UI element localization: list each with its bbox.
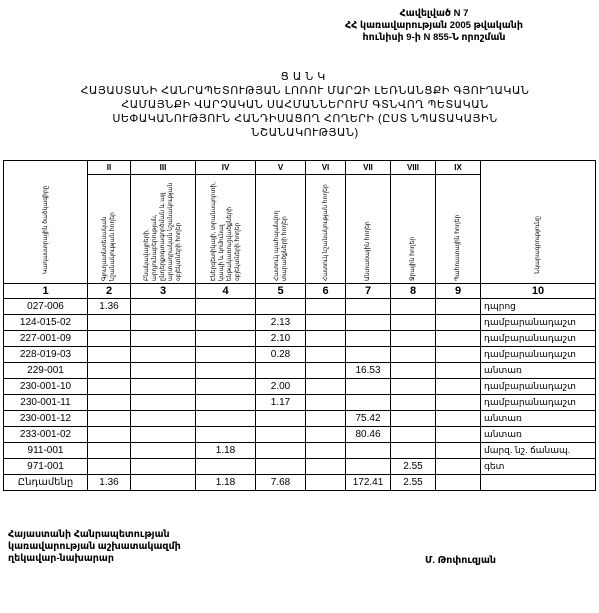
column-number: 7 (346, 284, 391, 299)
table-row: 230-001-111.17դամբարանադաշտ (4, 395, 596, 411)
area-cell: 2.10 (256, 331, 306, 347)
column-header: Անտառային հողեր (346, 175, 391, 284)
area-cell (196, 411, 256, 427)
total-cell (481, 475, 596, 491)
area-cell (391, 443, 436, 459)
area-cell (88, 459, 131, 475)
area-cell (196, 427, 256, 443)
cadastral-code: 233-001-02 (4, 427, 88, 443)
area-cell (88, 315, 131, 331)
total-cell (436, 475, 481, 491)
column-number: 6 (306, 284, 346, 299)
roman-numeral: VIII (391, 161, 436, 175)
area-cell (346, 315, 391, 331)
area-cell (196, 363, 256, 379)
area-cell (346, 459, 391, 475)
area-cell (391, 347, 436, 363)
area-cell (256, 443, 306, 459)
signatory-name: Մ. Թոփուզյան (425, 555, 496, 566)
column-header-label: Գյուղատնտեսական նշանակության հողեր (101, 177, 117, 281)
total-cell: 1.36 (88, 475, 131, 491)
column-number: 3 (131, 284, 196, 299)
column-number: 4 (196, 284, 256, 299)
area-cell (306, 411, 346, 427)
description-cell: դամբարանադաշտ (481, 347, 596, 363)
title-line: ՍԵՓԱԿԱՆՈՒԹՅՈՒՆ ՀԱՆԴԻՍԱՑՈՂ ՀՈՂԵՐԻ (ԸՍՏ ՆՊ… (70, 112, 540, 126)
area-cell (256, 459, 306, 475)
area-cell: 80.46 (346, 427, 391, 443)
column-number: 5 (256, 284, 306, 299)
column-header-label: Հատուկ նշանակության հողեր (322, 177, 330, 281)
title-heading: ՑԱՆԿ (70, 70, 540, 84)
table-row: 233-001-0280.46անտառ (4, 427, 596, 443)
cadastral-code: 227-001-09 (4, 331, 88, 347)
cadastral-code: 230-001-11 (4, 395, 88, 411)
area-cell (88, 411, 131, 427)
column-header: Հատուկ նշանակության հողեր (306, 175, 346, 284)
area-cell (391, 379, 436, 395)
area-cell (436, 315, 481, 331)
area-cell (196, 299, 256, 315)
table-row: 229-00116.53անտառ (4, 363, 596, 379)
totals-label: Ընդամենը (4, 475, 88, 491)
cadastral-code: 911-001 (4, 443, 88, 459)
column-header: Կադաստրային ծածկագիրը (4, 161, 88, 284)
column-header-label: Հատուկ պահպանվող տարածքների հողեր (273, 177, 289, 281)
area-cell (131, 331, 196, 347)
area-cell: 1.36 (88, 299, 131, 315)
area-cell (391, 427, 436, 443)
area-cell (436, 427, 481, 443)
area-cell (196, 331, 256, 347)
signatory-line: Հայաստանի Հանրապետության (8, 529, 181, 541)
total-cell: 7.68 (256, 475, 306, 491)
roman-numeral: IX (436, 161, 481, 175)
cadastral-code: 229-001 (4, 363, 88, 379)
area-cell (391, 299, 436, 315)
totals-row: Ընդամենը1.361.187.68172.412.55 (4, 475, 596, 491)
area-cell (88, 379, 131, 395)
column-header-label: Ջրային հողեր (409, 177, 417, 281)
column-number: 8 (391, 284, 436, 299)
column-number-row: 12345678910 (4, 284, 596, 299)
column-number: 2 (88, 284, 131, 299)
area-cell (391, 395, 436, 411)
column-header: Բնակավայրերի, արդյունաբերության, ընդերքօ… (131, 175, 196, 284)
roman-header-row: Կադաստրային ծածկագիրըIIIIIIVVVIVIIVIIIIX… (4, 161, 596, 175)
document-title: ՑԱՆԿ ՀԱՅԱՍՏԱՆԻ ՀԱՆՐԱՊԵՏՈՒԹՅԱՆ ԼՈՌՈՒ ՄԱՐԶ… (70, 70, 540, 140)
column-number: 9 (436, 284, 481, 299)
column-header-label: Պահուստային հողեր (454, 177, 462, 281)
area-cell (88, 395, 131, 411)
area-cell (88, 331, 131, 347)
area-cell (346, 331, 391, 347)
area-cell (131, 459, 196, 475)
area-cell (436, 379, 481, 395)
total-cell (306, 475, 346, 491)
area-cell (306, 315, 346, 331)
area-cell (436, 331, 481, 347)
area-cell: 1.18 (196, 443, 256, 459)
title-line: ՀԱՄԱՅՆՔԻ ՎԱՐՉԱԿԱՆ ՍԱՀՄԱՆՆԵՐՈՒՄ ԳՏՆՎՈՂ ՊԵ… (70, 98, 540, 112)
area-cell (346, 299, 391, 315)
area-cell (306, 427, 346, 443)
annex-line: Հավելված N 7 (319, 8, 549, 20)
description-cell: դամբարանադաշտ (481, 331, 596, 347)
column-header: Էներգետիկայի, տրանսպորտի, կապի և կոմունա… (196, 175, 256, 284)
signatory-title: Հայաստանի Հանրապետության կառավարության ա… (8, 529, 181, 565)
area-cell (346, 379, 391, 395)
area-cell (391, 331, 436, 347)
area-cell (306, 459, 346, 475)
table-row: 911-0011.18մարզ. նշ. ճանապ. (4, 443, 596, 459)
description-cell: անտառ (481, 411, 596, 427)
area-cell: 0.28 (256, 347, 306, 363)
column-header-label: Նկարագրությունը (534, 170, 542, 274)
table-row: 228-019-030.28դամբարանադաշտ (4, 347, 596, 363)
area-cell (436, 395, 481, 411)
area-cell (306, 379, 346, 395)
area-cell (346, 443, 391, 459)
area-cell (131, 395, 196, 411)
area-cell (88, 347, 131, 363)
area-cell (436, 363, 481, 379)
area-cell (391, 363, 436, 379)
column-header-label: Անտառային հողեր (364, 177, 372, 281)
column-header: Պահուստային հողեր (436, 175, 481, 284)
area-cell (88, 363, 131, 379)
area-cell: 75.42 (346, 411, 391, 427)
title-line: ՆՇԱՆԱԿՈՒԹՅԱՆ) (70, 126, 540, 140)
roman-numeral: VII (346, 161, 391, 175)
column-header-label: Էներգետիկայի, տրանսպորտի, կապի և կոմունա… (210, 177, 242, 281)
area-cell (256, 427, 306, 443)
area-cell (436, 347, 481, 363)
column-number: 10 (481, 284, 596, 299)
total-cell: 172.41 (346, 475, 391, 491)
signatory-line: ղեկավար-նախարար (8, 553, 181, 565)
area-cell (256, 363, 306, 379)
annex-line: ՀՀ կառավարության 2005 թվականի (319, 20, 549, 32)
area-cell: 2.00 (256, 379, 306, 395)
total-cell: 2.55 (391, 475, 436, 491)
area-cell (131, 315, 196, 331)
area-cell (391, 411, 436, 427)
description-cell: գետ (481, 459, 596, 475)
cadastral-code: 124-015-02 (4, 315, 88, 331)
cadastral-code: 230-001-12 (4, 411, 88, 427)
area-cell (196, 315, 256, 331)
column-header-label: Կադաստրային ծածկագիրը (42, 170, 50, 274)
area-cell (306, 363, 346, 379)
annex-line: հունիսի 9-ի N 855-Ն որոշման (319, 32, 549, 44)
cadastral-code: 971-001 (4, 459, 88, 475)
area-cell (306, 331, 346, 347)
area-cell (346, 347, 391, 363)
column-header: Նկարագրությունը (481, 161, 596, 284)
signatory-line: կառավարության աշխատակազմի (8, 541, 181, 553)
area-cell (131, 347, 196, 363)
table-row: 027-0061.36դպրոց (4, 299, 596, 315)
area-cell (391, 315, 436, 331)
area-cell (436, 411, 481, 427)
table-row: 227-001-092.10դամբարանադաշտ (4, 331, 596, 347)
area-cell: 2.55 (391, 459, 436, 475)
description-cell: դամբարանադաշտ (481, 379, 596, 395)
column-header: Հատուկ պահպանվող տարածքների հողեր (256, 175, 306, 284)
description-cell: դամբարանադաշտ (481, 315, 596, 331)
area-cell (306, 299, 346, 315)
table-row: 124-015-022.13դամբարանադաշտ (4, 315, 596, 331)
column-header-label: Բնակավայրերի, արդյունաբերության, ընդերքօ… (143, 177, 183, 281)
area-cell (306, 443, 346, 459)
area-cell (131, 411, 196, 427)
column-header: Գյուղատնտեսական նշանակության հողեր (88, 175, 131, 284)
land-table: Կադաստրային ծածկագիրըIIIIIIVVVIVIIVIIIIX… (3, 160, 596, 491)
table-row: 230-001-102.00դամբարանադաշտ (4, 379, 596, 395)
table-row: 230-001-1275.42անտառ (4, 411, 596, 427)
area-cell (256, 411, 306, 427)
total-cell: 1.18 (196, 475, 256, 491)
roman-numeral: III (131, 161, 196, 175)
roman-numeral: IV (196, 161, 256, 175)
area-cell (256, 299, 306, 315)
area-cell (131, 427, 196, 443)
area-cell (436, 299, 481, 315)
cadastral-code: 027-006 (4, 299, 88, 315)
area-cell (196, 379, 256, 395)
area-cell (196, 347, 256, 363)
roman-numeral: VI (306, 161, 346, 175)
area-cell (306, 347, 346, 363)
cadastral-code: 228-019-03 (4, 347, 88, 363)
description-cell: դպրոց (481, 299, 596, 315)
description-cell: անտառ (481, 427, 596, 443)
area-cell (131, 379, 196, 395)
area-cell (436, 443, 481, 459)
roman-numeral: II (88, 161, 131, 175)
area-cell (88, 443, 131, 459)
area-cell: 1.17 (256, 395, 306, 411)
column-header: Ջրային հողեր (391, 175, 436, 284)
area-cell (306, 395, 346, 411)
description-cell: մարզ. նշ. ճանապ. (481, 443, 596, 459)
area-cell (346, 395, 391, 411)
area-cell (436, 459, 481, 475)
area-cell: 16.53 (346, 363, 391, 379)
area-cell (196, 395, 256, 411)
area-cell: 2.13 (256, 315, 306, 331)
table-row: 971-0012.55գետ (4, 459, 596, 475)
total-cell (131, 475, 196, 491)
area-cell (131, 299, 196, 315)
title-line: ՀԱՅԱՍՏԱՆԻ ՀԱՆՐԱՊԵՏՈՒԹՅԱՆ ԼՈՌՈՒ ՄԱՐԶԻ ԼԵՌ… (70, 84, 540, 98)
description-cell: անտառ (481, 363, 596, 379)
description-cell: դամբարանադաշտ (481, 395, 596, 411)
cadastral-code: 230-001-10 (4, 379, 88, 395)
annex-reference: Հավելված N 7 ՀՀ կառավարության 2005 թվակա… (319, 8, 549, 44)
area-cell (88, 427, 131, 443)
area-cell (196, 459, 256, 475)
roman-numeral: V (256, 161, 306, 175)
column-number: 1 (4, 284, 88, 299)
area-cell (131, 443, 196, 459)
area-cell (131, 363, 196, 379)
